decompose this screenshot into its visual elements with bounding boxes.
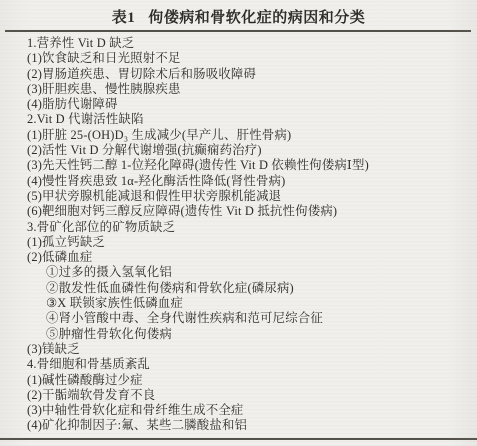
table-row: (2)干骺端软骨发育不良 [27, 388, 471, 403]
table-row: (2)活性 Vit D 分解代谢增强(抗癫痫药治疗) [27, 143, 471, 158]
table-row: (2)低磷血症 [27, 250, 471, 265]
table-row: 2.Vit D 代谢活性缺陷 [27, 112, 471, 127]
table-row: ⑤肿瘤性骨软化佝偻病 [27, 327, 471, 342]
scanned-table-page: 表1佝偻病和骨软化症的病因和分类 1.营养性 Vit D 缺乏(1)饮食缺乏和日… [0, 0, 477, 446]
table-row: 1.营养性 Vit D 缺乏 [27, 36, 471, 51]
table-number-label: 表1 [112, 10, 136, 26]
table-body: 1.营养性 Vit D 缺乏(1)饮食缺乏和日光照射不足(2)胃肠道疾患、胃切除… [27, 36, 471, 434]
table-row: 4.骨细胞和骨基质紊乱 [27, 357, 471, 372]
table-row: ①过多的摄入氢氧化铝 [27, 265, 471, 280]
table-row: (3)镁缺乏 [27, 342, 471, 357]
table-row: (1)肝脏 25-(OH)D₃ 生成减少(早产儿、肝性骨病) [27, 128, 471, 143]
table-row: (4)矿化抑制因子:氟、某些二膦酸盐和铝 [27, 418, 471, 433]
table-row: (2)胃肠道疾患、胃切除术后和肠吸收障碍 [27, 67, 471, 82]
table-title: 表1佝偻病和骨软化症的病因和分类 [0, 6, 477, 27]
table-row: (5)甲状旁腺机能减退和假性甲状旁腺机能减退 [27, 189, 471, 204]
table-row: (3)先天性钙二醇 1-位羟化障碍(遗传性 Vit D 依赖性佝偻病Ⅰ型) [27, 158, 471, 173]
table-top-rule [5, 30, 471, 32]
table-row: ②散发性低血磷性佝偻病和骨软化症(磷尿病) [27, 281, 471, 296]
table-row: 3.骨矿化部位的矿物质缺乏 [27, 220, 471, 235]
table-row: (1)孤立钙缺乏 [27, 235, 471, 250]
table-row: (4)慢性肾疾患致 1α-羟化酶活性降低(肾性骨病) [27, 174, 471, 189]
table-row: (6)靶细胞对钙三醇反应障碍(遗传性 Vit D 抵抗性佝偻病) [27, 204, 471, 219]
table-title-text: 佝偻病和骨软化症的病因和分类 [148, 10, 365, 26]
table-row: (1)碱性磷酸酶过少症 [27, 373, 471, 388]
table-row: (3)中轴性骨软化症和骨纤维生成不全症 [27, 403, 471, 418]
table-row: (1)饮食缺乏和日光照射不足 [27, 51, 471, 66]
table-row: (4)脂肪代谢障碍 [27, 97, 471, 112]
table-row: (3)肝胆疾患、慢性胰腺疾患 [27, 82, 471, 97]
table-row: ③X 联锁家族性低磷血症 [27, 296, 471, 311]
table-row: ④肾小管酸中毒、全身代谢性疾病和范可尼综合征 [27, 311, 471, 326]
table-bottom-rule [0, 438, 477, 440]
